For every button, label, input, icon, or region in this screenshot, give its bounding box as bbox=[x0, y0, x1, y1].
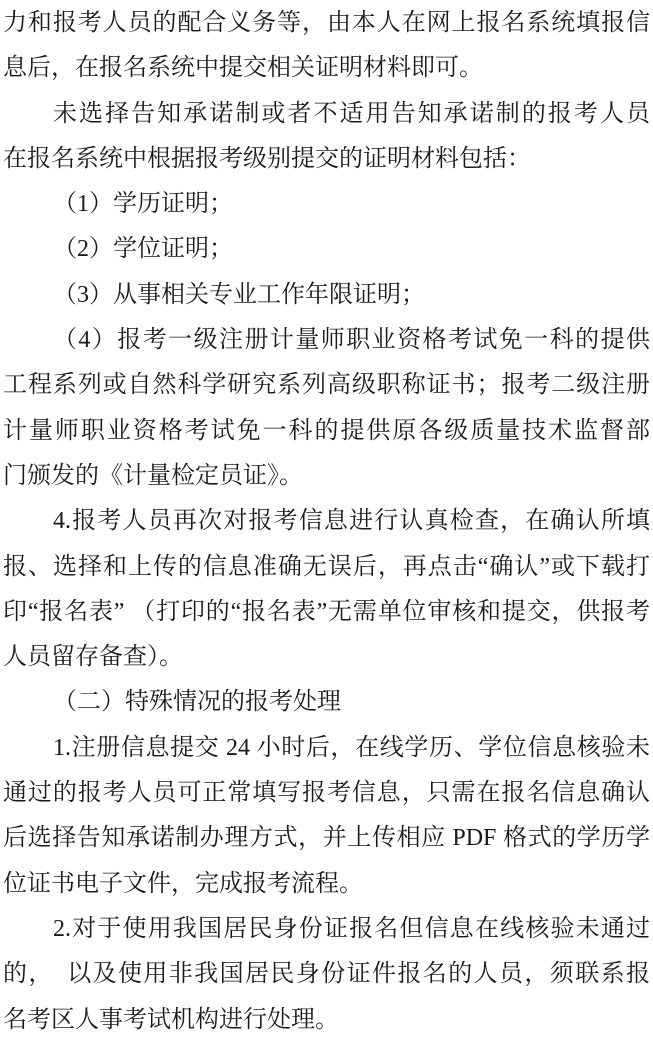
text-line: 工程系列或自然科学研究系列高级职称证书；报考二级注册 bbox=[3, 363, 650, 408]
text-line: 印“报名表” （打印的“报名表”无需单位审核和提交，供报考 bbox=[3, 590, 650, 635]
text-line: 人员留存备查）。 bbox=[3, 635, 650, 680]
text-line: 计量师职业资格考试免一科的提供原各级质量技术监督部 bbox=[3, 409, 650, 454]
text-line: （4）报考一级注册计量师职业资格考试免一科的提供 bbox=[3, 318, 650, 363]
text-line: 门颁发的《计量检定员证》。 bbox=[3, 454, 650, 499]
text-line: 未选择告知承诺制或者不适用告知承诺制的报考人员 bbox=[3, 92, 650, 137]
text-line: 报、选择和上传的信息准确无误后，再点击“确认”或下载打 bbox=[3, 545, 650, 590]
text-line: 后选择告知承诺制办理方式，并上传相应 PDF 格式的学历学 bbox=[3, 816, 650, 861]
text-line: 2.对于使用我国居民身份证报名但信息在线核验未通过 bbox=[3, 907, 650, 952]
text-line: 的， 以及使用非我国居民身份证件报名的人员，须联系报 bbox=[3, 952, 650, 997]
document-page: 力和报考人员的配合义务等，由本人在网上报名系统填报信息后，在报名系统中提交相关证… bbox=[0, 0, 653, 1043]
text-line: 力和报考人员的配合义务等，由本人在网上报名系统填报信 bbox=[3, 1, 650, 46]
text-line: （2）学位证明； bbox=[3, 227, 650, 272]
text-line: 位证书电子文件，完成报考流程。 bbox=[3, 862, 650, 907]
text-line: （3）从事相关专业工作年限证明； bbox=[3, 273, 650, 318]
text-line: （二）特殊情况的报考处理 bbox=[3, 680, 650, 725]
text-line: 1.注册信息提交 24 小时后，在线学历、学位信息核验未 bbox=[3, 726, 650, 771]
text-line: 在报名系统中根据报考级别提交的证明材料包括： bbox=[3, 137, 650, 182]
text-line: 名考区人事考试机构进行处理。 bbox=[3, 998, 650, 1043]
text-line: （1）学历证明； bbox=[3, 182, 650, 227]
text-line: 通过的报考人员可正常填写报考信息，只需在报名信息确认 bbox=[3, 771, 650, 816]
text-line: 4.报考人员再次对报考信息进行认真检查，在确认所填 bbox=[3, 499, 650, 544]
text-line: 息后，在报名系统中提交相关证明材料即可。 bbox=[3, 46, 650, 91]
